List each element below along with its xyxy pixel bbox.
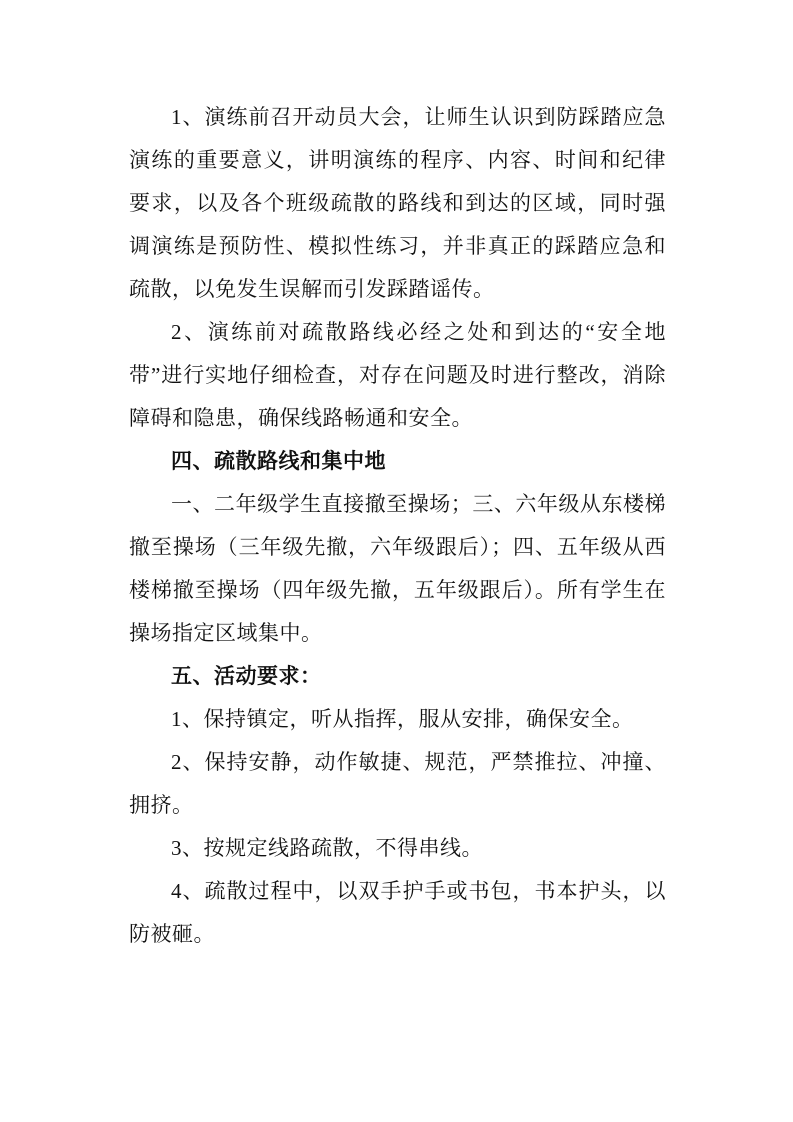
body-paragraph-6: 3、按规定线路疏散，不得串线。 <box>129 827 666 870</box>
section-heading-5: 五、活动要求： <box>129 655 666 698</box>
section-heading-4: 四、疏散路线和集中地 <box>129 440 666 483</box>
body-paragraph-7: 4、疏散过程中，以双手护手或书包，书本护头，以防被砸。 <box>129 870 666 956</box>
body-paragraph-1: 1、演练前召开动员大会，让师生认识到防踩踏应急演练的重要意义，讲明演练的程序、内… <box>129 96 666 311</box>
body-paragraph-3: 一、二年级学生直接撤至操场；三、六年级从东楼梯撤至操场（三年级先撤，六年级跟后）… <box>129 483 666 655</box>
body-paragraph-5: 2、保持安静，动作敏捷、规范，严禁推拉、冲撞、拥挤。 <box>129 741 666 827</box>
document-page: 1、演练前召开动员大会，让师生认识到防踩踏应急演练的重要意义，讲明演练的程序、内… <box>0 0 793 1122</box>
body-paragraph-4: 1、保持镇定，听从指挥，服从安排，确保安全。 <box>129 698 666 741</box>
body-paragraph-2: 2、演练前对疏散路线必经之处和到达的“安全地带”进行实地仔细检查，对存在问题及时… <box>129 311 666 440</box>
document-content: 1、演练前召开动员大会，让师生认识到防踩踏应急演练的重要意义，讲明演练的程序、内… <box>129 96 666 956</box>
